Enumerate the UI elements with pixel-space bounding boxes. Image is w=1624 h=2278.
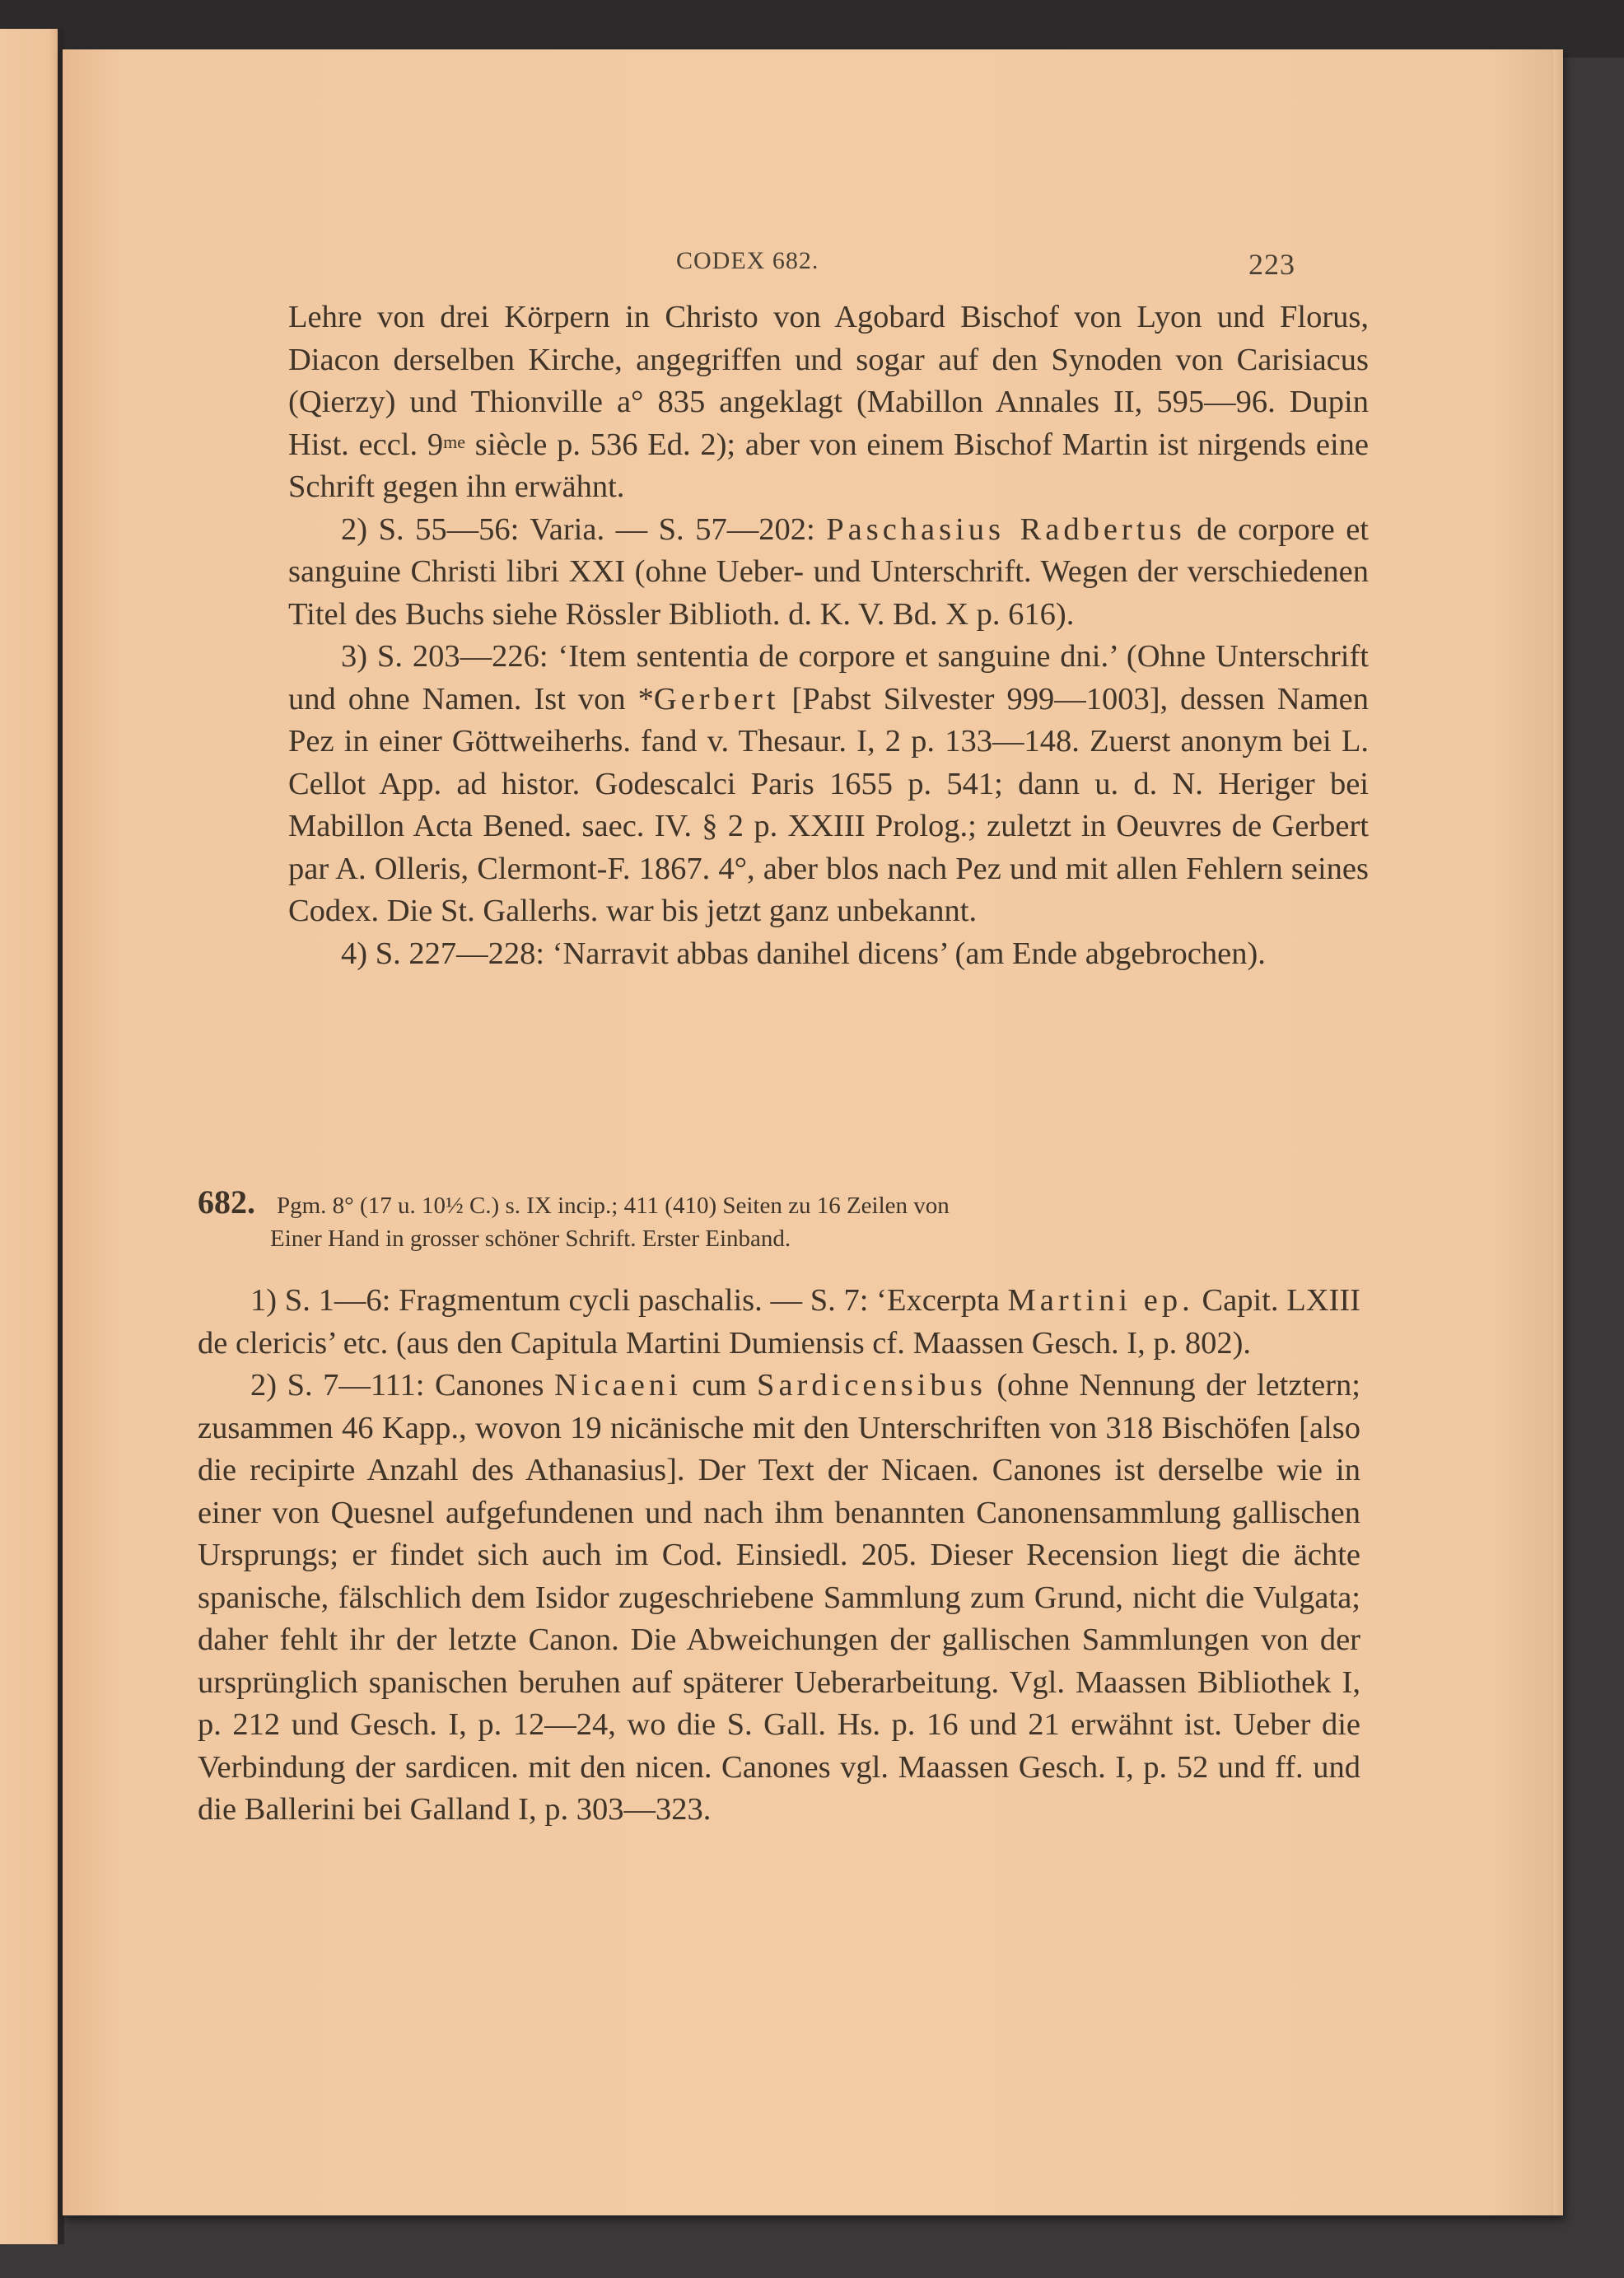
text-span: 1) S. 1—6: Fragmentum cycli paschalis. —… <box>250 1283 1008 1318</box>
continued-entry-text: Lehre von drei Körpern in Christo von Ag… <box>288 296 1369 975</box>
facing-page-edge <box>0 29 61 2244</box>
spaced-title: Martini ep. <box>1008 1283 1194 1318</box>
spaced-author-name: Gerbert <box>654 682 780 717</box>
spaced-author-name: Paschasius Radbertus <box>826 512 1185 547</box>
spaced-title: Nicaeni <box>554 1368 682 1403</box>
entry-header: 682.Pgm. 8° (17 u. 10½ C.) s. IX incip.;… <box>198 1186 1360 1255</box>
entry-description-line2: Einer Hand in grosser schöner Schrift. E… <box>198 1222 1360 1255</box>
entry-item-1: 1) S. 1—6: Fragmentum cycli paschalis. —… <box>198 1280 1360 1365</box>
codex-entry: 682.Pgm. 8° (17 u. 10½ C.) s. IX incip.;… <box>198 1186 1360 1832</box>
spaced-title: Sardicensibus <box>757 1368 987 1403</box>
text-span: [Pabst Silvester 999—1003], dessen Namen… <box>288 682 1369 929</box>
item-3: 3) S. 203—226: ‘Item sententia de corpor… <box>288 636 1369 933</box>
paragraph-continuation: Lehre von drei Körpern in Christo von Ag… <box>288 296 1369 509</box>
text-span: 2) S. 55—56: Varia. — S. 57—202: <box>341 512 826 547</box>
text-span: cum <box>682 1368 757 1403</box>
page-fore-edge <box>1553 49 1563 2215</box>
entry-description-line1: Pgm. 8° (17 u. 10½ C.) s. IX incip.; 411… <box>277 1193 950 1219</box>
running-head-title: CODEX 682. <box>676 247 819 275</box>
text-span: 2) S. 7—111: Canones <box>250 1368 554 1403</box>
superscript: me <box>443 432 465 452</box>
book-page: CODEX 682. 223 Lehre von drei Körpern in… <box>63 49 1563 2215</box>
entry-number: 682. <box>198 1183 255 1221</box>
item-4: 4) S. 227—228: ‘Narravit abbas danihel d… <box>288 933 1369 976</box>
item-2: 2) S. 55—56: Varia. — S. 57—202: Paschas… <box>288 509 1369 637</box>
entry-item-2: 2) S. 7—111: Canones Nicaeni cum Sardice… <box>198 1365 1360 1832</box>
text-span: (ohne Nennung der letztern; zusammen 46 … <box>198 1368 1360 1827</box>
page-number: 223 <box>1248 247 1295 282</box>
